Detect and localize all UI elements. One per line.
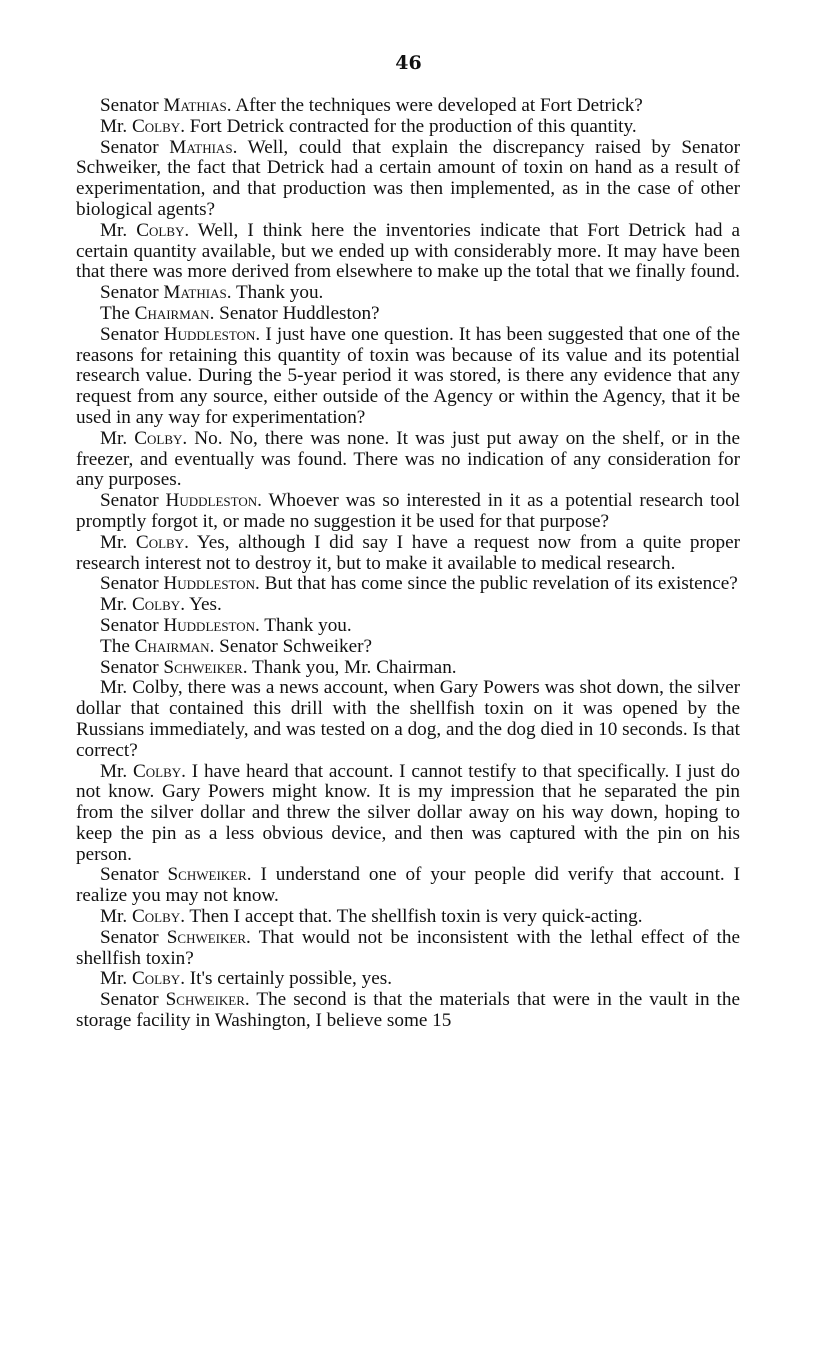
speaker-title: Senator [100, 324, 164, 345]
speaker-name: Schweiker [163, 657, 242, 678]
speaker-title: Senator [100, 657, 163, 678]
speaker-name: Huddleston [166, 490, 258, 511]
paragraph: Mr. Colby. No. No, there was none. It wa… [76, 429, 740, 491]
speaker-title: Senator [100, 573, 163, 594]
paragraph-text: . Yes. [180, 594, 222, 615]
speaker-name: Colby [132, 116, 180, 137]
speaker-name: Huddleston [163, 615, 255, 636]
paragraph: Senator Schweiker. Thank you, Mr. Chairm… [76, 658, 740, 679]
speaker-name: Schweiker [168, 864, 247, 885]
speaker-name: Colby [132, 594, 180, 615]
paragraph-text: Mr. Colby, there was a news account, whe… [76, 677, 740, 760]
speaker-name: Mathias [163, 95, 226, 116]
paragraph-text: . It's certainly possible, yes. [180, 968, 392, 989]
paragraph: Mr. Colby. Yes. [76, 595, 740, 616]
transcript-body: Senator Mathias. After the techniques we… [76, 96, 740, 1032]
speaker-name: Colby [132, 906, 180, 927]
paragraph-text: . Thank you. [255, 615, 352, 636]
paragraph: Senator Huddleston. Thank you. [76, 616, 740, 637]
paragraph: Senator Mathias. Thank you. [76, 283, 740, 304]
paragraph-text: . Senator Huddleston? [210, 303, 380, 324]
speaker-title: Senator [100, 989, 166, 1010]
paragraph: Senator Mathias. After the techniques we… [76, 96, 740, 117]
paragraph: Mr. Colby. Fort Detrick contracted for t… [76, 117, 740, 138]
speaker-title: Senator [100, 282, 163, 303]
paragraph-text: . Then I accept that. The shellfish toxi… [180, 906, 642, 927]
paragraph: Senator Schweiker. That would not be inc… [76, 928, 740, 970]
speaker-title: The [100, 636, 135, 657]
paragraph: Senator Huddleston. But that has come si… [76, 574, 740, 595]
paragraph: Mr. Colby. Well, I think here the invent… [76, 221, 740, 283]
speaker-title: Mr. [100, 428, 134, 449]
speaker-title: Senator [100, 95, 163, 116]
paragraph: The Chairman. Senator Schweiker? [76, 637, 740, 658]
paragraph: Senator Mathias. Well, could that explai… [76, 138, 740, 221]
paragraph-text: . Fort Detrick contracted for the produc… [180, 116, 636, 137]
speaker-title: Mr. [100, 220, 136, 241]
paragraph-text: . But that has come since the public rev… [255, 573, 738, 594]
paragraph: Mr. Colby. It's certainly possible, yes. [76, 969, 740, 990]
paragraph: Senator Huddleston. I just have one ques… [76, 325, 740, 429]
speaker-title: Senator [100, 137, 169, 158]
speaker-name: Colby [134, 428, 182, 449]
paragraph-text: . Thank you. [227, 282, 324, 303]
speaker-title: Mr. [100, 968, 132, 989]
speaker-name: Schweiker [166, 989, 245, 1010]
paragraph: Senator Huddleston. Whoever was so inter… [76, 491, 740, 533]
speaker-name: Colby [136, 532, 184, 553]
speaker-title: Mr. [100, 594, 132, 615]
speaker-name: Colby [132, 968, 180, 989]
paragraph-text: . Thank you, Mr. Chairman. [243, 657, 457, 678]
paragraph: Senator Schweiker. The second is that th… [76, 990, 740, 1032]
speaker-title: Senator [100, 490, 166, 511]
speaker-name: Mathias [169, 137, 232, 158]
paragraph: Mr. Colby. Then I accept that. The shell… [76, 907, 740, 928]
speaker-title: Mr. [100, 116, 132, 137]
speaker-title: Senator [100, 615, 163, 636]
paragraph: Mr. Colby. I have heard that account. I … [76, 762, 740, 866]
speaker-name: Schweiker [167, 927, 246, 948]
speaker-title: Senator [100, 864, 168, 885]
speaker-name: Huddleston [164, 324, 256, 345]
speaker-title: Mr. [100, 906, 132, 927]
paragraph-text: . Senator Schweiker? [210, 636, 373, 657]
speaker-name: Chairman [135, 303, 210, 324]
speaker-name: Mathias [163, 282, 226, 303]
speaker-title: Mr. [100, 761, 133, 782]
page-number: 46 [0, 52, 817, 74]
paragraph: Senator Schweiker. I understand one of y… [76, 865, 740, 907]
paragraph: The Chairman. Senator Huddleston? [76, 304, 740, 325]
speaker-name: Huddleston [163, 573, 255, 594]
speaker-name: Colby [133, 761, 181, 782]
speaker-name: Chairman [135, 636, 210, 657]
speaker-title: Senator [100, 927, 167, 948]
speaker-title: Mr. [100, 532, 136, 553]
paragraph: Mr. Colby. Yes, although I did say I hav… [76, 533, 740, 575]
paragraph: Mr. Colby, there was a news account, whe… [76, 678, 740, 761]
paragraph-text: . After the techniques were developed at… [227, 95, 643, 116]
speaker-name: Colby [136, 220, 184, 241]
speaker-title: The [100, 303, 135, 324]
